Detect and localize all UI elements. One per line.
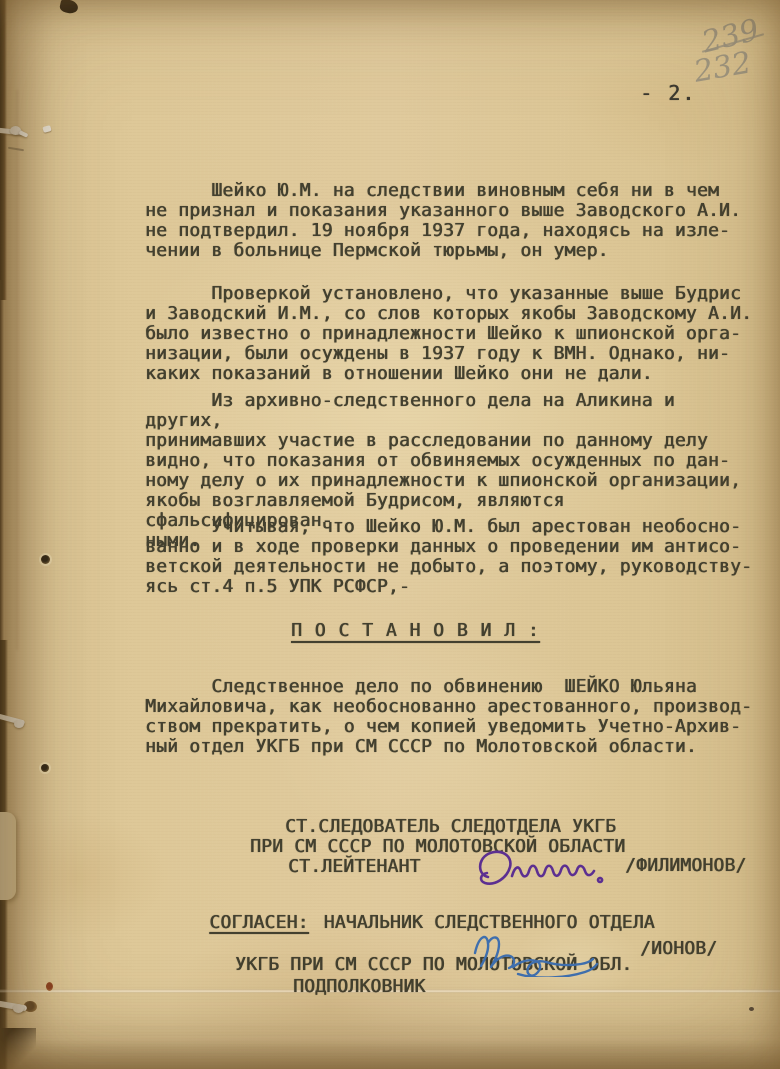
- approval-signature-block: СОГЛАСЕН:НАЧАЛЬНИК СЛЕДСТВЕННОГО ОТДЕЛА …: [143, 893, 759, 997]
- investigator-signature-block: СТ.СЛЕДОВАТЕЛЬ СЛЕДОТДЕЛА УКГБ ПРИ СМ СС…: [145, 817, 761, 877]
- resolution-heading: П О С Т А Н О В И Л :: [291, 621, 540, 641]
- archival-number-current: 232: [692, 48, 754, 87]
- rust-speck: [46, 982, 53, 991]
- dark-speck: [749, 1007, 754, 1011]
- bottom-edge-shadow: [0, 1039, 780, 1069]
- paragraph-verification-budris: Проверкой установлено, что указанные выш…: [145, 284, 761, 384]
- agreed-label: СОГЛАСЕН:: [209, 912, 308, 933]
- underlying-page-corner: [0, 812, 16, 900]
- paragraph-sheiko-investigation: Шейко Ю.М. на следствии виновным себя ни…: [145, 181, 761, 261]
- paragraph-considering-grounds: Учитывая, что Шейко Ю.М. был арестован н…: [145, 517, 761, 597]
- resolution-paragraph: Следственное дело по обвинению ШЕЙКО Юль…: [145, 677, 761, 757]
- punch-hole-upper: [41, 555, 50, 564]
- page-edge-shadow-middle: [0, 280, 4, 660]
- ionov-handwritten-signature: [463, 923, 615, 977]
- investigator-typed-name: /ФИЛИМОНОВ/: [625, 856, 746, 876]
- typed-page-number: - 2.: [640, 83, 696, 103]
- approval-typed-name: /ИОНОВ/: [640, 939, 717, 959]
- paper-fragment: [42, 125, 51, 133]
- document-page: 239 232 - 2. Шейко Ю.М. на следствии вин…: [0, 0, 780, 1069]
- page-edge-shadow-top: [0, 0, 7, 300]
- binding-thread-bottom-knot: [13, 1004, 24, 1013]
- investigator-title-line1: СТ.СЛЕДОВАТЕЛЬ СЛЕДОТДЕЛА УКГБ: [285, 817, 761, 837]
- punch-hole-lower: [41, 764, 49, 772]
- ink-smudge-top: [59, 0, 79, 15]
- approval-rank: ПОДПОЛКОВНИК: [293, 977, 759, 997]
- binding-thread-middle-knot: [14, 720, 24, 728]
- filimonov-handwritten-signature: [472, 845, 632, 893]
- binding-thread-top-tail: [19, 130, 29, 137]
- vertical-crease: [16, 90, 18, 650]
